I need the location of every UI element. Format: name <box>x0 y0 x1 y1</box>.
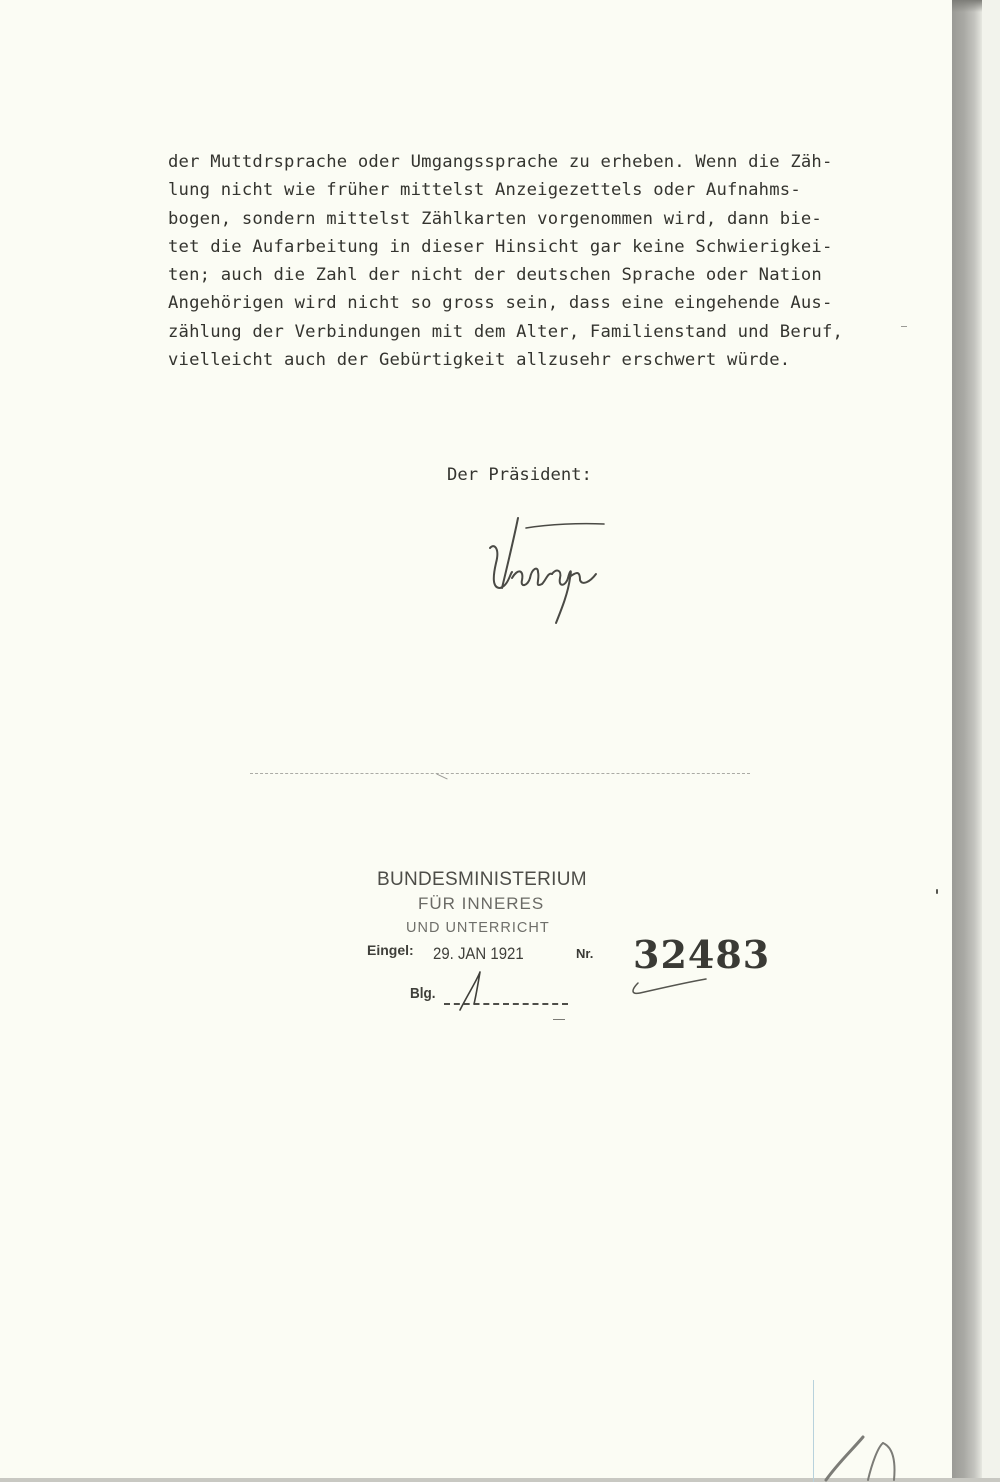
fold-line <box>250 773 750 774</box>
stamp-ministry-name-2: FÜR INNERES <box>418 894 544 914</box>
ink-speck <box>936 889 938 894</box>
body-line: Angehörigen wird nicht so gross sein, da… <box>168 289 928 317</box>
letter-body: der Muttdrsprache oder Umgangssprache zu… <box>168 148 928 374</box>
scan-edge-shadow <box>952 0 982 1482</box>
stamp-received-date: 29. JAN 1921 <box>433 944 524 964</box>
stamp-received-label: Eingel: <box>367 942 414 958</box>
registration-number: 32483 <box>633 932 770 977</box>
stamp-ministry-name: BUNDESMINISTERIUM <box>377 869 587 891</box>
stamp-ministry-name-3: UND UNTERRICHT <box>406 920 550 936</box>
scan-edge-shadow-top <box>952 0 982 12</box>
attachments-label: Blg. <box>410 985 436 1002</box>
pencil-marks-icon <box>808 1425 898 1482</box>
body-line: ten; auch die Zahl der nicht der deutsch… <box>168 261 928 289</box>
body-line: der Muttdrsprache oder Umgangssprache zu… <box>168 148 928 176</box>
body-line: bogen, sondern mittelst Zählkarten vorge… <box>168 205 928 233</box>
stamp-number-label: Nr. <box>576 946 593 961</box>
closing-title: Der Präsident: <box>447 465 592 485</box>
body-line: lung nicht wie früher mittelst Anzeigeze… <box>168 176 928 204</box>
scan-edge-right <box>982 0 1000 1482</box>
signature-icon <box>480 508 620 628</box>
attachments-underline <box>553 1019 565 1020</box>
body-line: zählung der Verbindungen mit dem Alter, … <box>168 318 928 346</box>
pen-stroke-icon <box>628 975 718 1005</box>
attachments-count-handwritten-icon <box>450 968 500 1018</box>
body-line: vielleicht auch der Gebürtigkeit allzuse… <box>168 346 928 374</box>
body-line: tet die Aufarbeitung in dieser Hinsicht … <box>168 233 928 261</box>
